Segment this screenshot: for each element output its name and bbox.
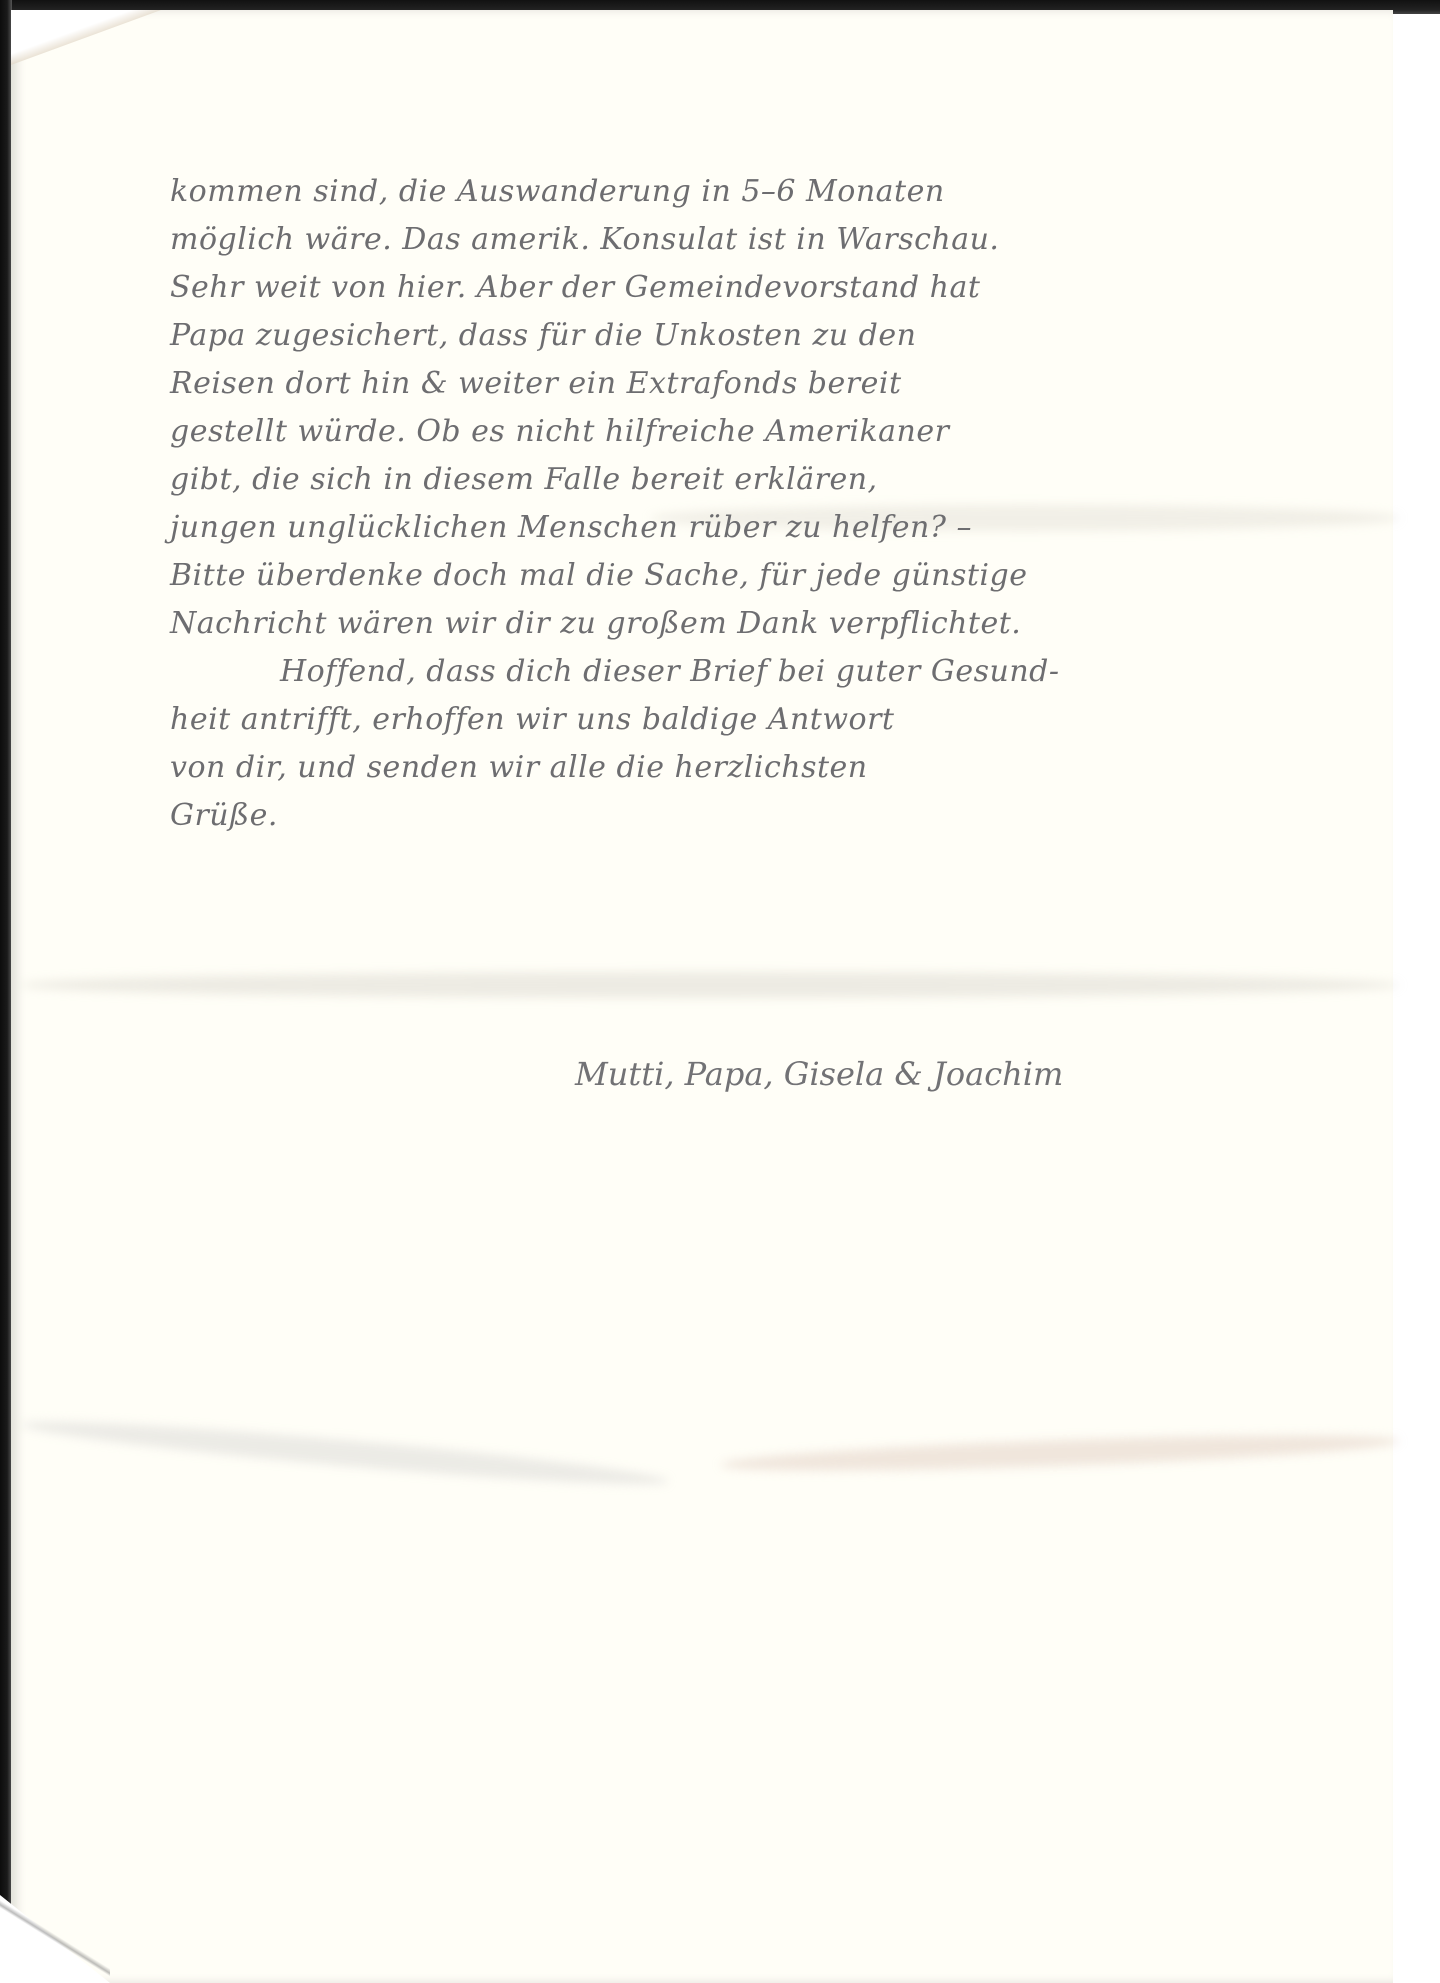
- torn-corner-edge: [0, 1895, 110, 1983]
- letter-line: Nachricht wären wir dir zu großem Dank v…: [170, 600, 1370, 648]
- letter-line: Bitte überdenke doch mal die Sache, für …: [170, 552, 1370, 600]
- letter-line: jungen unglücklichen Menschen rüber zu h…: [170, 504, 1370, 552]
- letter-line: heit antrifft, erhoffen wir uns baldige …: [170, 696, 1370, 744]
- letter-body: kommen sind, die Auswanderung in 5–6 Mon…: [170, 168, 1370, 840]
- signature: Mutti, Papa, Gisela & Joachim: [575, 1055, 1063, 1093]
- letter-line: Reisen dort hin & weiter ein Extrafonds …: [170, 360, 1370, 408]
- letter-line: kommen sind, die Auswanderung in 5–6 Mon…: [170, 168, 1370, 216]
- letter-line: Hoffend, dass dich dieser Brief bei gute…: [170, 648, 1370, 696]
- letter-line: Papa zugesichert, dass für die Unkosten …: [170, 312, 1370, 360]
- fold-crease: [20, 972, 1400, 998]
- letter-line: gestellt würde. Ob es nicht hilfreiche A…: [170, 408, 1370, 456]
- letter-line: Sehr weit von hier. Aber der Gemeindevor…: [170, 264, 1370, 312]
- letter-line: möglich wäre. Das amerik. Konsulat ist i…: [170, 216, 1370, 264]
- scan-background: [1393, 14, 1440, 1983]
- letter-line: von dir, und senden wir alle die herzlic…: [170, 744, 1370, 792]
- letter-line: Grüße.: [170, 792, 1370, 840]
- letter-line: gibt, die sich in diesem Falle bereit er…: [170, 456, 1370, 504]
